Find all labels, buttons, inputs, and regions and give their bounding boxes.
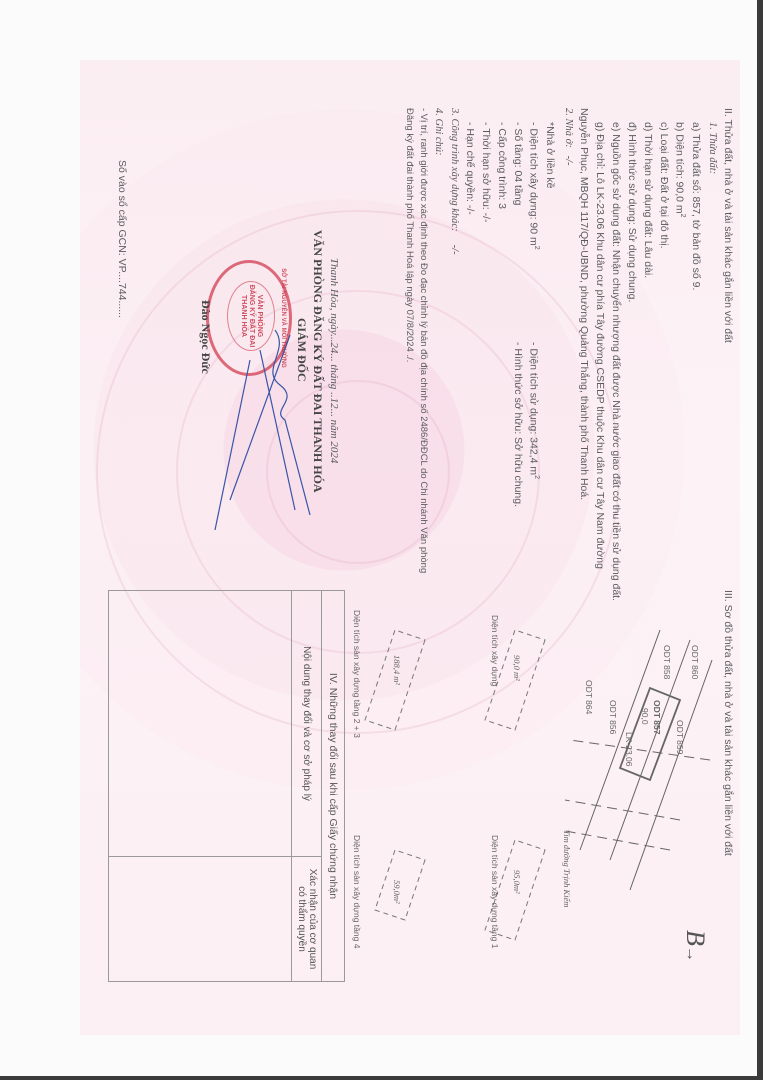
floor-plan-area: 90,0 m² (512, 655, 522, 681)
floor-plan-area: 59,0m² (392, 880, 402, 904)
land-address: Nguyễn Phục, MBQH 117/QĐ-UBND, phường Qu… (578, 108, 590, 500)
ownership-term: - Thời hạn sở hữu: -/- (480, 122, 492, 223)
neighbor-parcel: ODT 859 (675, 720, 685, 754)
changes-table: IV. Những thay đổi sau khi cấp Giấy chứn… (108, 590, 345, 982)
house-type: *Nhà ở liền kề (544, 122, 556, 188)
ownership-form: - Hình thức sở hữu: Sở hữu chung. (512, 342, 524, 507)
changes-table-heading: IV. Những thay đổi sau khi cấp Giấy chứn… (321, 591, 344, 981)
main-parcel-label: ODT 857 (652, 700, 662, 735)
north-arrow-icon: B→ (680, 930, 710, 962)
neighbor-parcel: ODT 858 (662, 645, 672, 679)
neighbor-parcel: ODT 856 (608, 700, 618, 734)
registry-number: Số vào sổ cấp GCN: VP....744...... (116, 160, 128, 318)
notes-line: Đăng ký đất đai thành phố Thanh Hoá lập … (403, 108, 414, 362)
floor-area: - Diện tích sử dụng: 342,4 m2 (527, 342, 540, 479)
main-parcel-area: 90,0 (640, 708, 650, 725)
notes-line: - Vị trí, ranh giới được xác định theo Đ… (417, 108, 428, 573)
floor-plan-area: 95,0m² (512, 870, 522, 894)
construction-grade: - Cấp công trình: 3 (496, 122, 508, 209)
floor-plan-area: 188,4 m² (392, 655, 402, 685)
changes-confirm-column: Xác nhận của cơ quan có thẩm quyền (109, 857, 322, 981)
land-area: b) Diện tích: 90,0 m2 (673, 122, 686, 218)
floor-plan-label: Diện tích sàn xây dựng tầng 2 + 3 (352, 610, 362, 738)
lot-code: LK-23.06 (624, 732, 634, 767)
floor-plans (345, 620, 575, 1020)
other-works: 3. Công trình xây dựng khác: -/- (448, 108, 460, 255)
construction-area: - Diện tích xây dựng: 90 m2 (527, 122, 540, 250)
parcel-number: a) Thửa đất số: 857, tờ bản đồ số 9. (690, 122, 702, 290)
land-address: g) Địa chỉ: Lô LK-23.06 Khu dân cư phía … (594, 122, 606, 569)
signer-name: Đào Ngọc Đức (198, 300, 212, 374)
notes-heading: 4. Ghi chú: (432, 108, 444, 156)
section-iii-heading: III. Sơ đồ thửa đất, nhà ở và tài sản kh… (722, 590, 734, 856)
certificate-page: II. Thửa đất, nhà ở và tài sản khác gắn … (80, 60, 740, 1035)
restrictions: - Hạn chế quyền: -/- (464, 122, 476, 215)
column-header: Xác nhận của cơ quan có thẩm quyền (291, 857, 322, 981)
changes-content-column: Nội dung thay đổi và cơ sở pháp lý (109, 591, 322, 857)
land-type: c) Loại đất: Đất ở tại đô thị. (658, 122, 670, 249)
house-heading: 2. Nhà ở: -/- (562, 108, 574, 166)
land-origin: e) Nguồn gốc sử dụng đất: Nhận chuyển nh… (610, 122, 622, 601)
floors: - Số tầng: 04 tầng (512, 122, 524, 205)
signature (210, 290, 330, 530)
floor-plan-label: Diện tích xây dựng (490, 615, 500, 686)
column-header: Nội dung thay đổi và cơ sở pháp lý (291, 591, 322, 856)
land-duration: d) Thời hạn sử dụng đất: Lâu dài. (642, 122, 654, 278)
land-heading: 1. Thửa đất: (706, 122, 718, 174)
neighbor-parcel: ODT 860 (690, 645, 700, 679)
section-ii-heading: II. Thửa đất, nhà ở và tài sản khác gắn … (722, 108, 734, 343)
floor-plan-label: Diện tích sàn xây dựng tầng 4 (352, 835, 362, 948)
floor-plan-label: Diện tích sàn xây dựng tầng 1 (490, 835, 500, 948)
scan-edge (0, 1076, 763, 1080)
scan-edge (757, 0, 763, 1080)
neighbor-parcel: ODT 864 (584, 680, 594, 714)
usage-form: đ) Hình thức sử dụng: Sử dụng chung. (626, 122, 638, 302)
